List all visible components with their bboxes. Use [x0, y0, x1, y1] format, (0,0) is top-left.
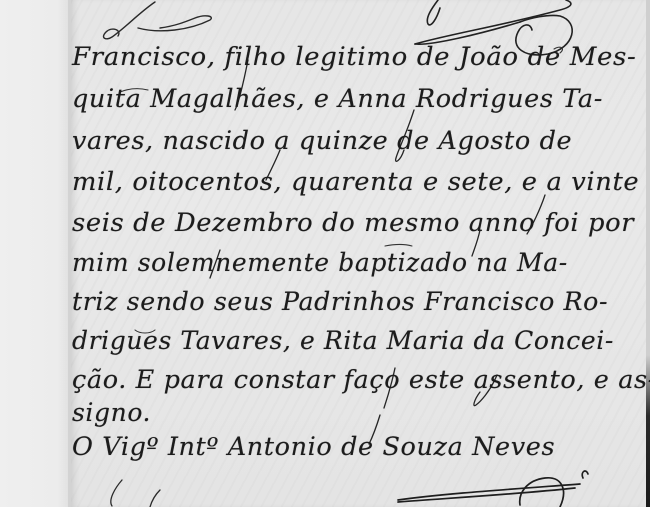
document-line: triz sendo seus Padrinhos Francisco Ro-	[72, 287, 608, 316]
document-line: ção. E para constar faço este assento, e…	[72, 365, 650, 394]
page-right-edge	[646, 0, 650, 507]
document-line: drigues Tavares, e Rita Maria da Concei-	[72, 326, 614, 355]
scanned-document: Francisco, filho legitimo de João de Mes…	[0, 0, 650, 507]
document-line: signo.	[72, 398, 151, 427]
document-line: Francisco, filho legitimo de João de Mes…	[72, 42, 636, 71]
document-line: seis de Dezembro do mesmo anno foi por	[72, 208, 634, 237]
signature-line: O Vigº Intº Antonio de Souza Neves	[72, 432, 555, 461]
document-line: vares, nascido a quinze de Agosto de	[72, 126, 572, 155]
document-line: mil, oitocentos, quarenta e sete, e a vi…	[72, 167, 639, 196]
left-margin-strip	[0, 0, 68, 507]
document-line: quita Magalhães, e Anna Rodrigues Ta-	[72, 84, 603, 113]
document-line: mim solemnemente baptizado na Ma-	[72, 248, 568, 277]
